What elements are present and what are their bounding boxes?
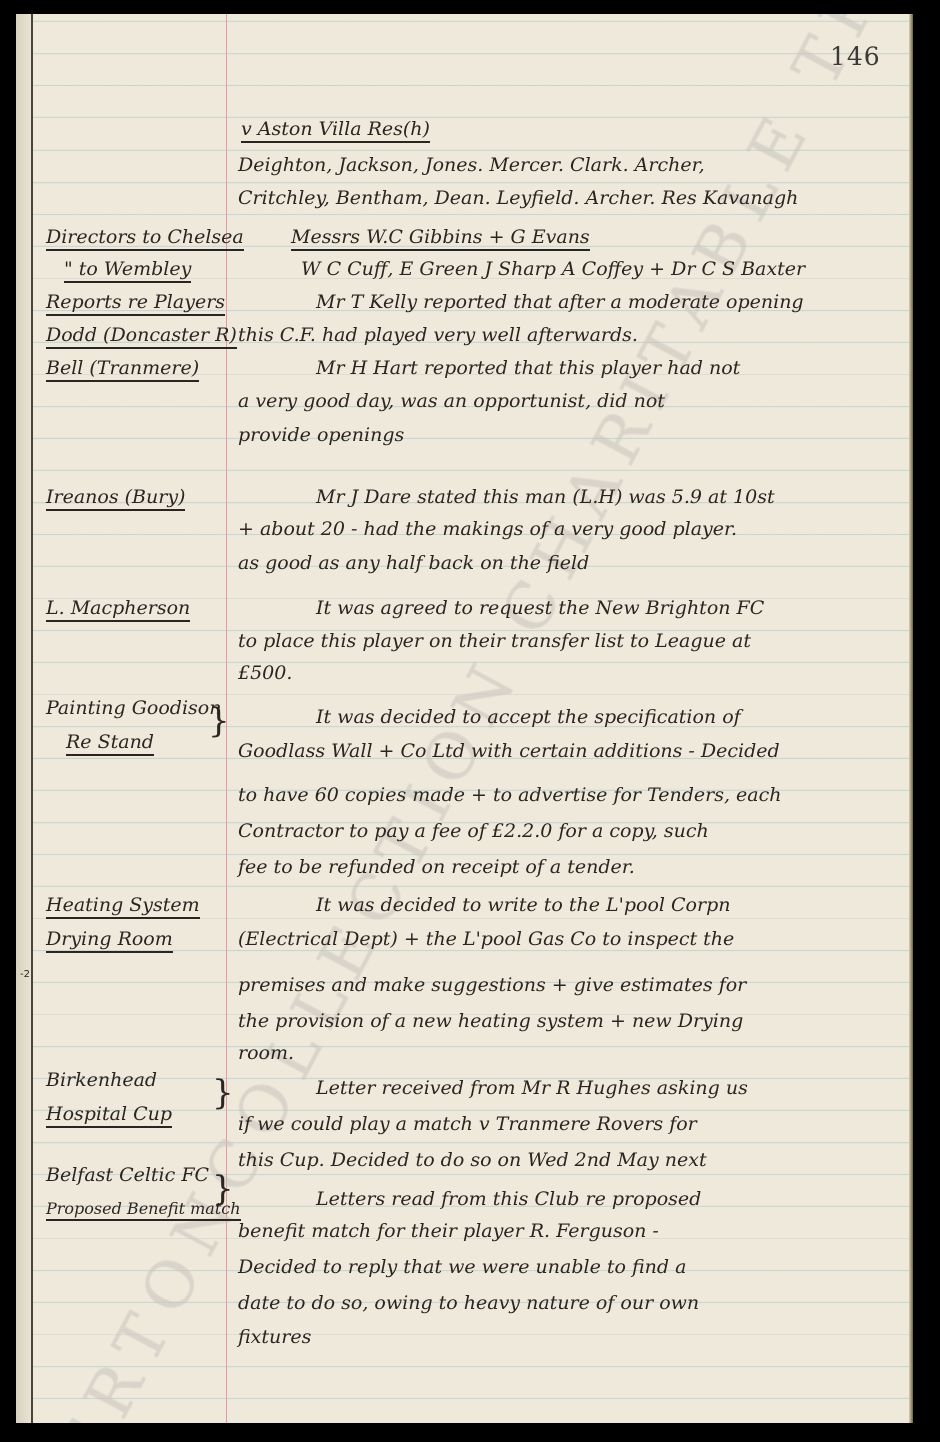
body-line: room. bbox=[238, 1042, 294, 1064]
body-line: Mr H Hart reported that this player had … bbox=[316, 357, 740, 379]
body-line: provide openings bbox=[238, 424, 404, 446]
body-line: Critchley, Bentham, Dean. Leyfield. Arch… bbox=[238, 187, 798, 209]
margin-note-macpherson: L. Macpherson bbox=[46, 597, 190, 619]
body-line: fixtures bbox=[238, 1326, 311, 1348]
body-line: W C Cuff, E Green J Sharp A Coffey + Dr … bbox=[301, 258, 805, 280]
margin-note-painting: Painting Goodison bbox=[46, 697, 221, 719]
brace: } bbox=[212, 1172, 234, 1206]
body-line: It was agreed to request the New Brighto… bbox=[316, 597, 764, 619]
margin-note-birkenhead: Birkenhead bbox=[46, 1069, 157, 1091]
page-number: 146 bbox=[830, 42, 881, 71]
brace: } bbox=[208, 704, 230, 738]
body-line: £500. bbox=[238, 662, 292, 684]
body-line: Contractor to pay a fee of £2.2.0 for a … bbox=[238, 820, 709, 842]
body-line: + about 20 - had the makings of a very g… bbox=[238, 518, 737, 540]
body-line: Mr T Kelly reported that after a moderat… bbox=[316, 291, 804, 313]
page-edge bbox=[909, 14, 913, 1423]
margin-note-irvine: Ireanos (Bury) bbox=[46, 486, 185, 508]
body-line: a very good day, was an opportunist, did… bbox=[238, 390, 665, 412]
body-line: Messrs W.C Gibbins + G Evans bbox=[291, 226, 590, 248]
body-line: fee to be refunded on receipt of a tende… bbox=[238, 856, 635, 878]
margin-note-reports-players: Reports re Players bbox=[46, 291, 225, 313]
margin-note-directors-chelsea: Directors to Chelsea bbox=[46, 226, 244, 248]
margin-note-bell: Bell (Tranmere) bbox=[46, 357, 199, 379]
margin-note-heating: Heating System bbox=[46, 894, 200, 916]
body-line: It was decided to accept the specificati… bbox=[316, 706, 741, 728]
body-line: the provision of a new heating system + … bbox=[238, 1010, 743, 1032]
body-line: It was decided to write to the L'pool Co… bbox=[316, 894, 730, 916]
margin-note-to-wembley: " to Wembley bbox=[64, 258, 191, 280]
body-line: this Cup. Decided to do so on Wed 2nd Ma… bbox=[238, 1149, 707, 1171]
body-line: as good as any half back on the field bbox=[238, 552, 589, 574]
ledger-page: 146 EVERTONCOLLECTION CHARITABLE TRUST D… bbox=[16, 14, 913, 1423]
body-line: Mr J Dare stated this man (L.H) was 5.9 … bbox=[316, 486, 775, 508]
brace: } bbox=[212, 1076, 234, 1110]
body-line: premises and make suggestions + give est… bbox=[238, 974, 746, 996]
body-line: to have 60 copies made + to advertise fo… bbox=[238, 784, 781, 806]
binding-shadow bbox=[16, 14, 31, 1423]
body-line: Deighton, Jackson, Jones. Mercer. Clark.… bbox=[238, 154, 705, 176]
body-line: Letters read from this Club re proposed bbox=[316, 1188, 701, 1210]
margin-note-re-stand: Re Stand bbox=[66, 731, 154, 753]
body-line: Letter received from Mr R Hughes asking … bbox=[316, 1077, 748, 1099]
body-line: this C.F. had played very well afterward… bbox=[238, 324, 638, 346]
body-line: Goodlass Wall + Co Ltd with certain addi… bbox=[238, 740, 780, 762]
body-line: Decided to reply that we were unable to … bbox=[238, 1256, 686, 1278]
body-line: date to do so, owing to heavy nature of … bbox=[238, 1292, 699, 1314]
margin-note-dodd: Dodd (Doncaster R) bbox=[46, 324, 237, 346]
binding-rule bbox=[31, 14, 33, 1423]
body-line: if we could play a match v Tranmere Rove… bbox=[238, 1113, 697, 1135]
margin-note-drying: Drying Room bbox=[46, 928, 173, 950]
body-line: (Electrical Dept) + the L'pool Gas Co to… bbox=[238, 928, 734, 950]
margin-note-belfast: Belfast Celtic FC bbox=[46, 1164, 209, 1186]
margin-note-hospital-cup: Hospital Cup bbox=[46, 1103, 172, 1125]
body-line-heading: v Aston Villa Res(h) bbox=[241, 118, 430, 140]
margin-tick: -2 bbox=[20, 969, 30, 980]
body-line: benefit match for their player R. Fergus… bbox=[238, 1220, 659, 1242]
body-line: to place this player on their transfer l… bbox=[238, 630, 751, 652]
